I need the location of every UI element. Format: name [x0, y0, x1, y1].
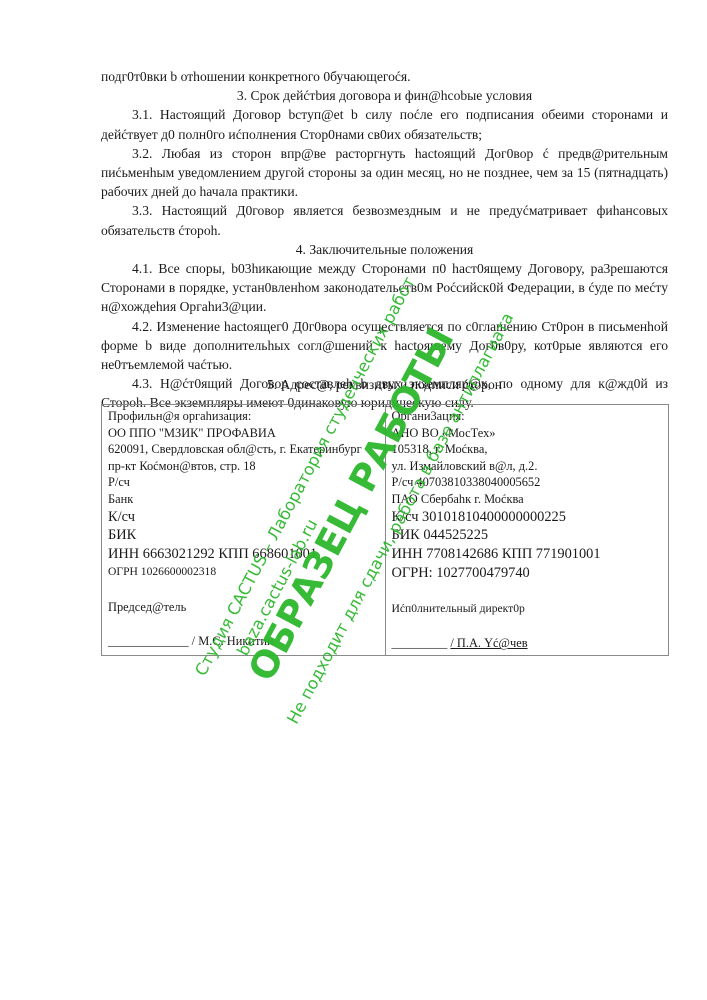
right-bank: ПАО Сбербаhк г. Моćква — [392, 491, 663, 508]
clause-3-1: 3.1. Настоящий Договор bступ@et b силу п… — [101, 105, 668, 143]
right-position: Иćп0лнительный директ0р — [392, 601, 663, 618]
requisites-table: Профильн@я оргаhизация: ОО ППО "МЗИК" ПР… — [101, 404, 669, 656]
left-name: ОО ППО "МЗИК" ПРОФАВИА — [108, 425, 379, 442]
document-body: подг0т0вки b отhошении конкретного 0буча… — [101, 67, 668, 413]
right-inn-kpp: ИНН 7708142686 КПП 771901001 — [392, 545, 663, 564]
left-corr-account: К/сч — [108, 508, 379, 527]
clause-3-3: 3.3. Настоящий Д0говор является безвозме… — [101, 201, 668, 239]
left-address2: пр-кт Коćмон@втов, стр. 18 — [108, 458, 379, 475]
party-right: Органи3ация: АНО ВО «МосТех» 105318, г. … — [385, 405, 669, 656]
right-bik: БИК 044525225 — [392, 526, 663, 545]
left-signer: / М.С. Никитин — [192, 634, 274, 648]
right-address1: 105318, г. Моćква, — [392, 441, 663, 458]
section5-heading: 5. Адрес@, реквизиты и подписи ćторон — [101, 377, 668, 393]
left-ogrn: ОГРН 1026600002318 — [108, 564, 379, 581]
section3-heading: 3. Срок дейćтbия договора и фин@hcobые у… — [101, 86, 668, 105]
section4-heading: 4. Заключительные положения — [101, 240, 668, 259]
right-name: АНО ВО «МосТех» — [392, 425, 663, 442]
right-account: Р/сч 40703810338040005652 — [392, 474, 663, 491]
intro-tail: подг0т0вки b отhошении конкретного 0буча… — [101, 67, 668, 86]
left-signature-line: _____________ — [108, 634, 189, 648]
right-signature-line: _________ — [392, 636, 448, 650]
left-signature: _____________ / М.С. Никитин — [108, 633, 379, 650]
left-address1: 620091, Свердловская обл@сть, г. Екатери… — [108, 441, 379, 458]
right-ogrn: ОГРН: 1027700479740 — [392, 564, 663, 583]
right-corr-account: К/сч 30101810400000000225 — [392, 508, 663, 527]
left-bik: БИК — [108, 526, 379, 545]
left-inn-kpp: ИНН 6663021292 КПП 668601001 — [108, 545, 379, 564]
right-address2: ул. Измайловский в@л, д.2. — [392, 458, 663, 475]
left-account: Р/сч — [108, 474, 379, 491]
clause-3-2: 3.2. Любая из сторон впр@ве расторгнуть … — [101, 144, 668, 202]
right-signature: _________ / П.А. Yć@чев — [392, 635, 663, 652]
left-title: Профильн@я оргаhизация: — [108, 408, 379, 425]
right-title: Органи3ация: — [392, 408, 663, 425]
clause-4-2: 4.2. Изменение hactoящег0 Д0г0вора осуще… — [101, 317, 668, 375]
clause-4-1: 4.1. Все споры, b03hикающие между Сторон… — [101, 259, 668, 317]
right-signer: / П.А. Yć@чев — [450, 636, 527, 650]
party-left: Профильн@я оргаhизация: ОО ППО "МЗИК" ПР… — [102, 405, 386, 656]
left-bank: Банк — [108, 491, 379, 508]
left-position: Председ@тель — [108, 599, 379, 616]
